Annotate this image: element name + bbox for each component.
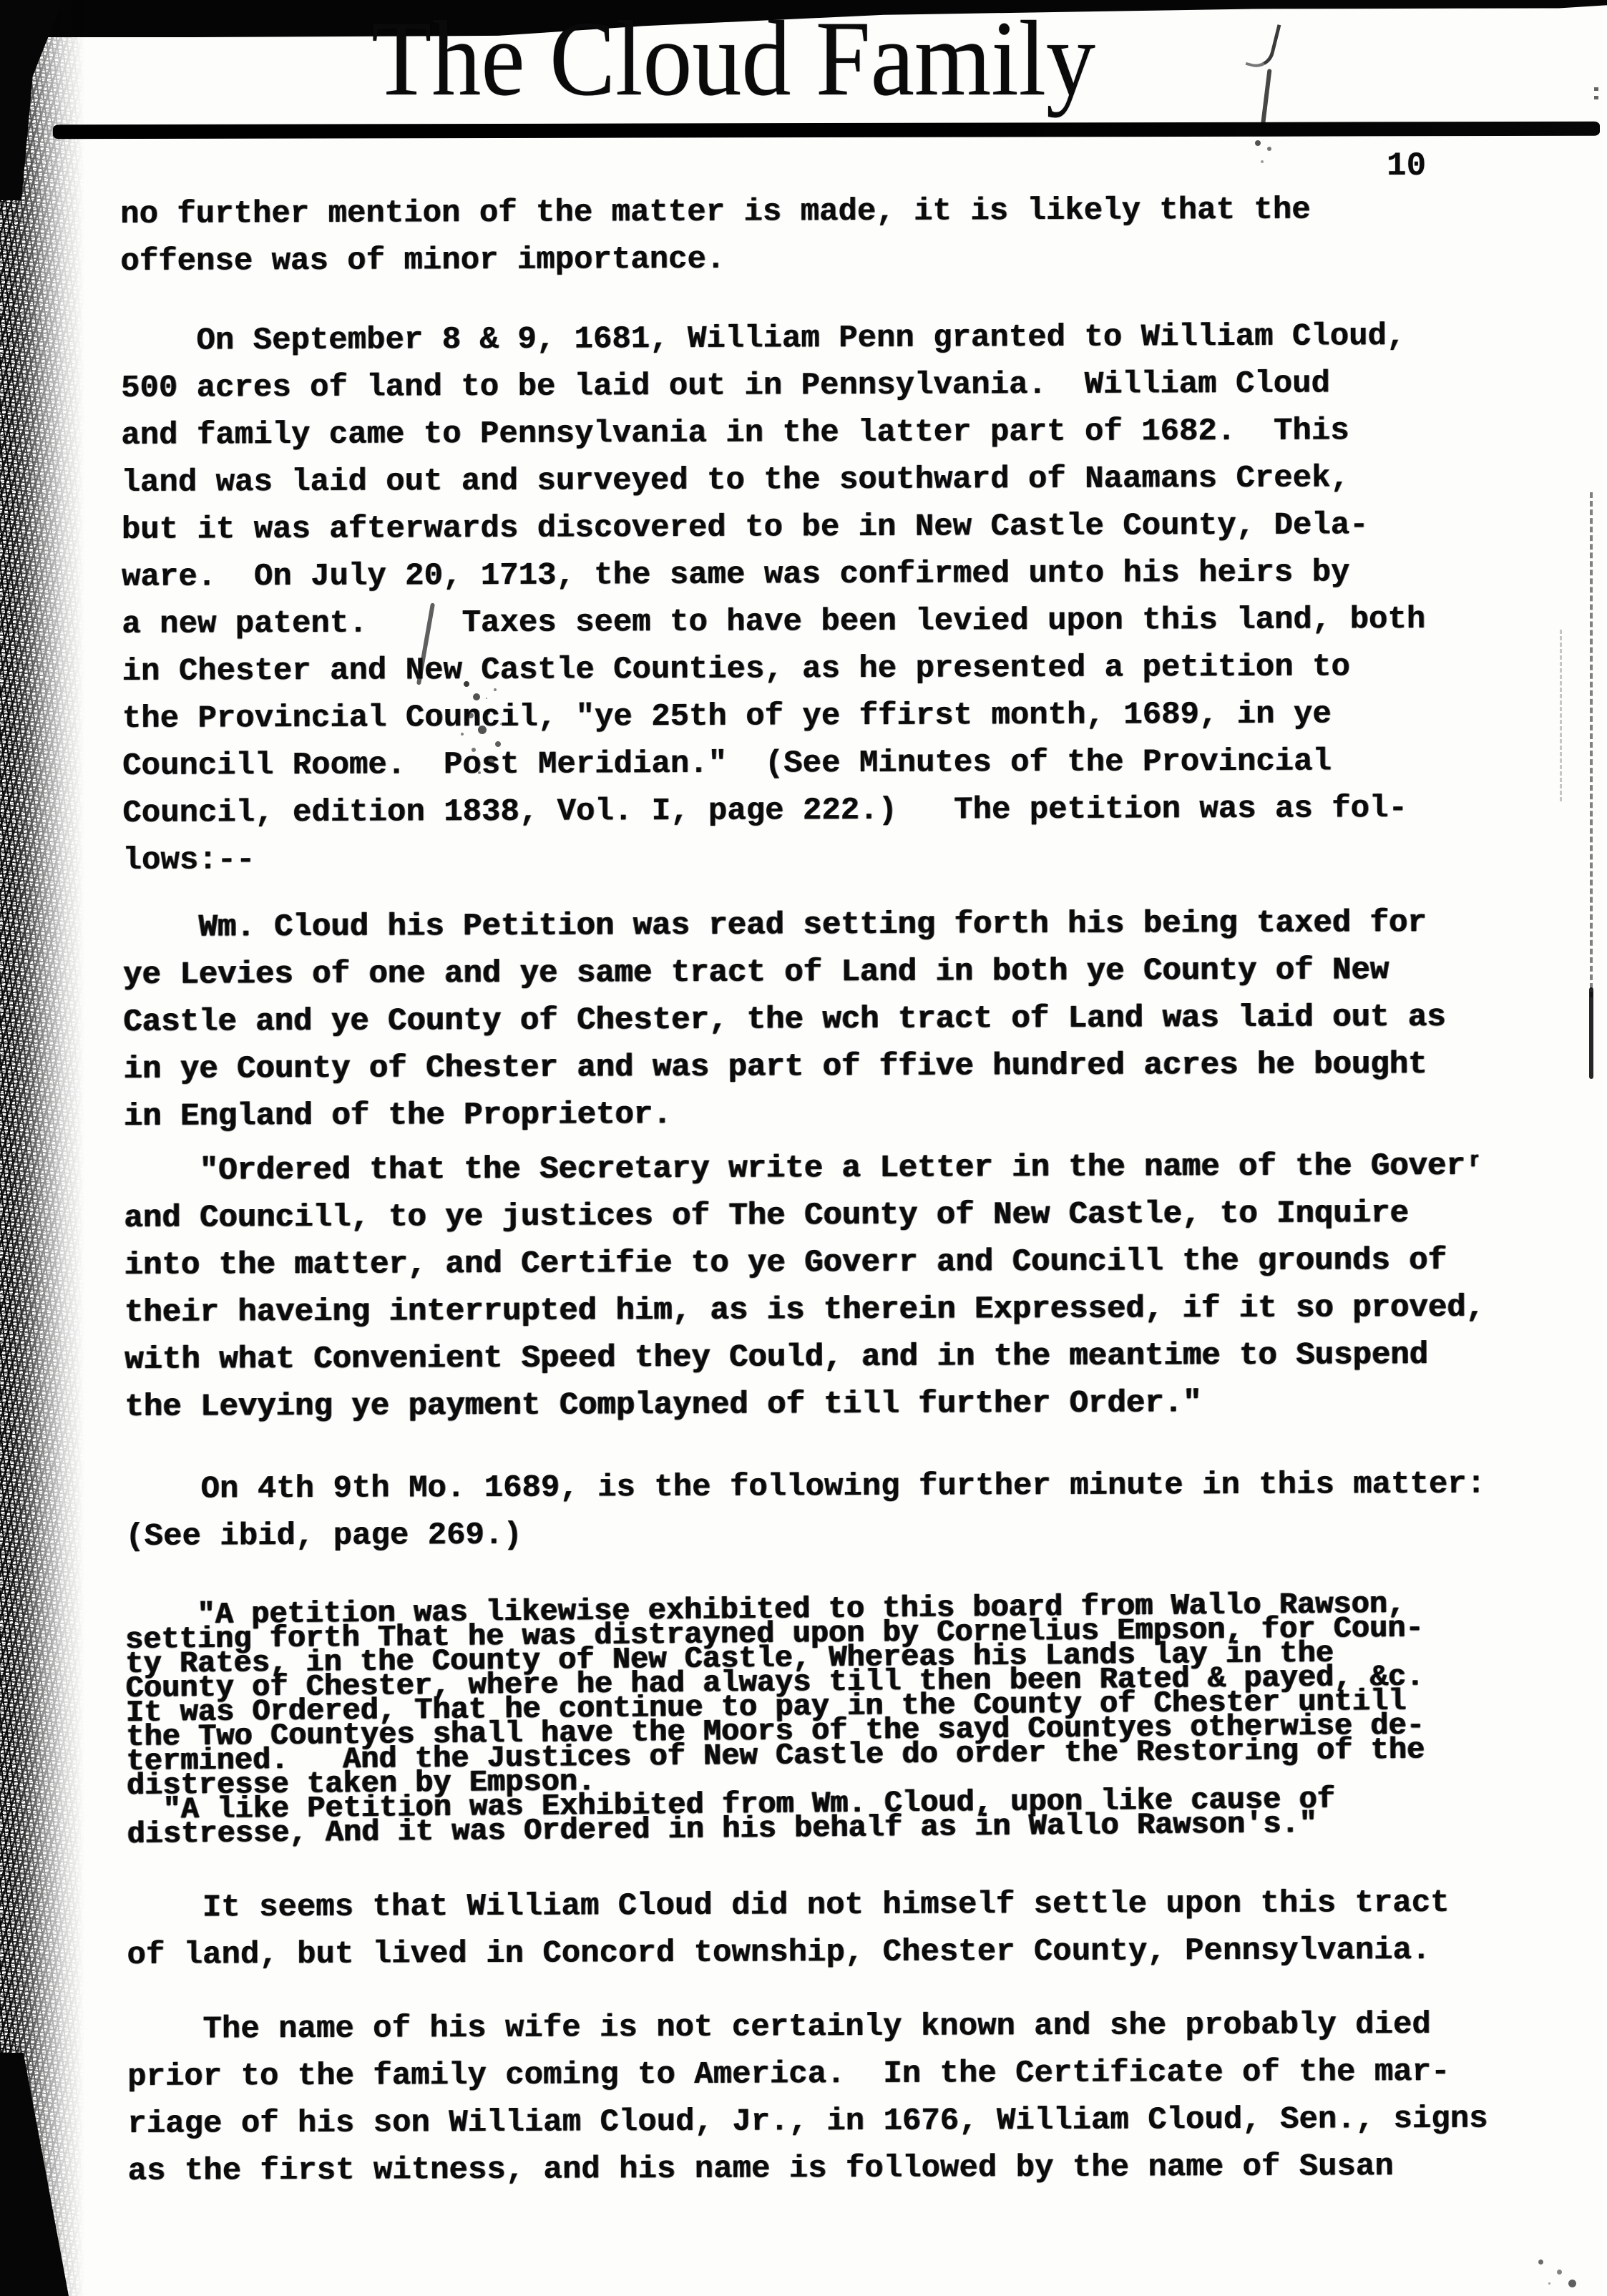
quote-order-secretary: "Ordered that the Secretary write a Lett… [124, 1142, 1553, 1431]
paragraph-further-minute: On 4th 9th Mo. 1689, is the following fu… [125, 1460, 1553, 1560]
paragraph-settlement: It seems that William Cloud did not hims… [127, 1879, 1554, 1979]
page-title: The Cloud Family [289, 1, 1178, 116]
quote-petition-wm-cloud: Wm. Cloud his Petition was read setting … [123, 899, 1551, 1140]
stray-pen-mark [1255, 140, 1261, 146]
fold-dash-line-faint [1560, 630, 1562, 801]
stray-pen-mark [1246, 19, 1281, 72]
corner-speck-artifact [1538, 2260, 1543, 2265]
scan-binding-edge-artifact [0, 0, 86, 2296]
header-rule [53, 122, 1600, 140]
fold-dash-line-solid [1589, 987, 1593, 1079]
fold-dash-line [1590, 492, 1593, 997]
document-body: no further mention of the matter is made… [120, 185, 1555, 2195]
paragraph-wife: The name of his wife is not certainly kn… [127, 2001, 1555, 2195]
quote-rawson-petition: "A petition was likewise exhibited to th… [125, 1591, 1555, 1847]
paragraph-penn-grant: On September 8 & 9, 1681, William Penn g… [121, 312, 1550, 884]
page-number: 10 [1387, 147, 1426, 185]
stray-tick-mark [1594, 87, 1598, 91]
ink-smudge-artifact [464, 681, 469, 687]
paragraph-intro-continuation: no further mention of the matter is made… [120, 185, 1548, 285]
scanned-document-page: The Cloud Family 10 no further mention o… [0, 0, 1607, 2296]
